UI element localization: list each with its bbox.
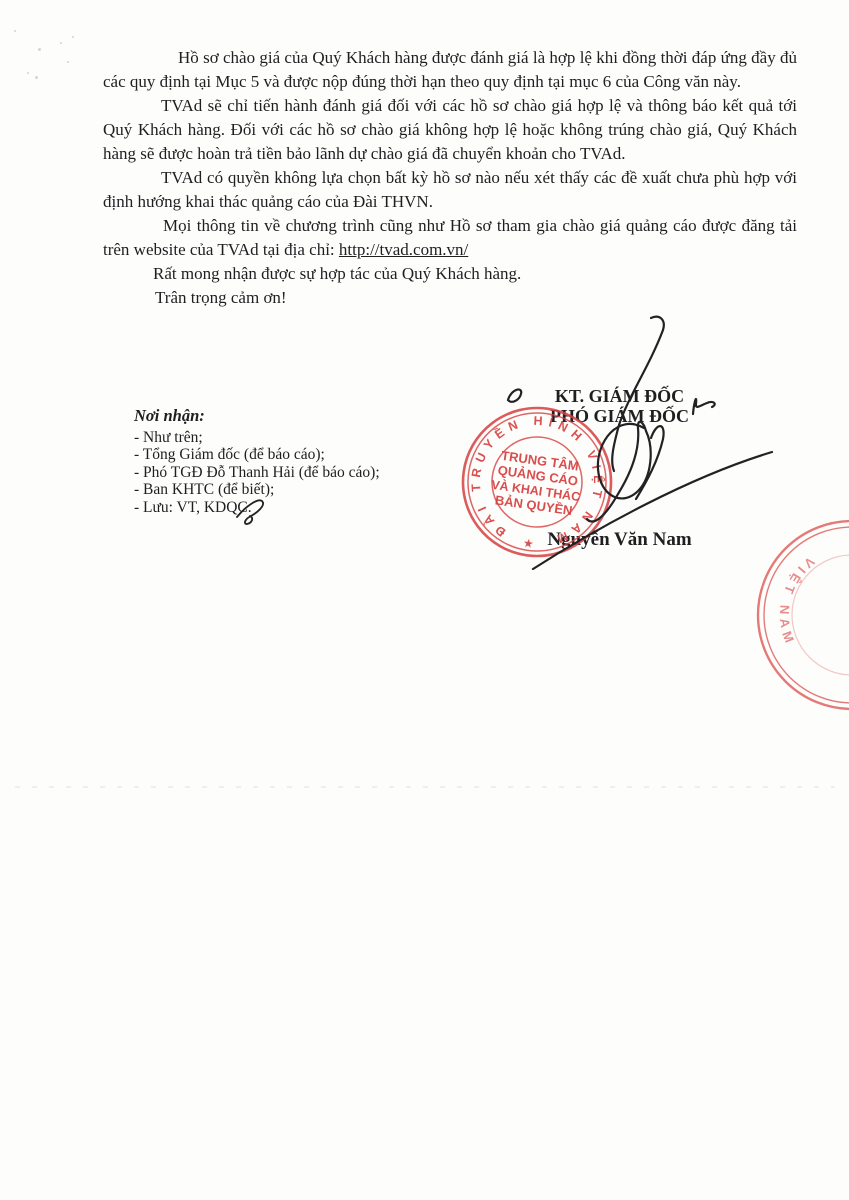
closing-line: Trân trọng cảm ơn!: [103, 286, 797, 310]
stamp-star-icon: ★: [522, 536, 535, 551]
partial-stamp: VIỆT NAM: [735, 510, 849, 720]
scanned-letter-page: { "body": { "paragraphs": [ {"text": "Hồ…: [0, 0, 849, 1200]
paragraph: Mọi thông tin về chương trình cũng như H…: [103, 214, 797, 262]
scan-noise-dot: [60, 42, 62, 44]
website-url: http://tvad.com.vn/: [339, 240, 468, 259]
recipient-item: - Lưu: VT, KDQC.: [134, 499, 380, 517]
recipient-item: - Phó TGĐ Đỗ Thanh Hải (để báo cáo);: [134, 464, 380, 482]
signature-loop-b: [636, 426, 664, 499]
partial-stamp-outer-ring: [758, 521, 849, 709]
official-stamp: ĐÀI TRUYỀN HÌNH VIỆT NAM ★ TRUNG TÂM QUẢ…: [452, 397, 622, 567]
recipients-heading: Nơi nhận:: [134, 407, 380, 425]
partial-stamp-text: VIỆT NAM: [777, 554, 818, 649]
scan-noise-dot: [72, 36, 74, 38]
paragraph: Rất mong nhận được sự hợp tác của Quý Kh…: [103, 262, 797, 286]
paragraph: Hồ sơ chào giá của Quý Khách hàng được đ…: [103, 46, 797, 94]
scan-noise-dot: [35, 76, 38, 79]
recipients-block: Nơi nhận: - Như trên; - Tổng Giám đốc (đ…: [134, 407, 380, 516]
recipient-item: - Như trên;: [134, 429, 380, 447]
scan-noise-dot: [27, 72, 29, 74]
paragraph: TVAd sẽ chỉ tiến hành đánh giá đối với c…: [103, 94, 797, 166]
letter-body: Hồ sơ chào giá của Quý Khách hàng được đ…: [103, 46, 797, 310]
paragraph: TVAd có quyền không lựa chọn bất kỳ hồ s…: [103, 166, 797, 214]
svg-text:VIỆT NAM: VIỆT NAM: [777, 554, 818, 649]
scan-noise-dot: [38, 48, 41, 51]
recipient-item: - Tổng Giám đốc (để báo cáo);: [134, 446, 380, 464]
partial-stamp-middle-ring: [764, 527, 849, 703]
scan-noise-dot: [67, 61, 69, 63]
scan-speckle-band: [15, 786, 835, 788]
recipient-item: - Ban KHTC (để biết);: [134, 481, 380, 499]
scan-noise-dot: [14, 30, 16, 32]
